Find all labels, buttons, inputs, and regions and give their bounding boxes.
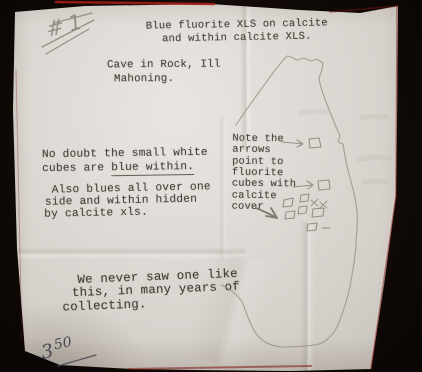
note-title: Blue fluorite XLS on calcite and within … (146, 19, 328, 45)
crossed-out-number-mark: #1 (46, 8, 87, 42)
annotation-line-6: calcite (232, 191, 296, 201)
paper-note: #1 Blue fluorite XLS on calcite and with… (0, 0, 422, 372)
annotation-line-2: arrows (232, 146, 296, 156)
paper-fold-crease (300, 222, 314, 372)
para2-line-3: by calcite xls. (44, 207, 211, 220)
arrow-annotation-text: Note the arrows point to fluorite cubes … (232, 133, 297, 213)
photo-of-specimen-label: #1 Blue fluorite XLS on calcite and with… (0, 0, 422, 372)
paragraph-never-saw: We never saw one like this, in many year… (69, 269, 240, 313)
annotation-line-7: cover (232, 203, 296, 213)
title-line-2: and within calcite XLS. (162, 32, 328, 44)
paper-fold-crease (0, 247, 245, 260)
paragraph-blues-hidden: Also blues all over one side and within … (45, 182, 212, 220)
para1-underlined-text: blue within. (111, 161, 194, 176)
locality-line-2: Mahoning. (114, 74, 221, 85)
para2-line-2: side and within hidden (45, 194, 211, 207)
number-mark-text: #1 (46, 8, 87, 42)
para1-line-1: No doubt the small white (42, 148, 208, 160)
para1-line-2-prefix: cubes are (42, 162, 111, 175)
locality-text: Cave in Rock, Ill Mahoning. (107, 61, 221, 85)
para1-line-2: cubes are blue within. (42, 162, 208, 174)
annotation-line-3: point to (232, 157, 296, 167)
paragraph-white-cubes: No doubt the small white cubes are blue … (42, 148, 208, 174)
price-cents: 50 (53, 334, 74, 353)
annotation-line-5: cubes with (232, 180, 296, 190)
locality-line-1: Cave in Rock, Ill (107, 61, 221, 72)
paper-fold-crease (218, 115, 228, 260)
